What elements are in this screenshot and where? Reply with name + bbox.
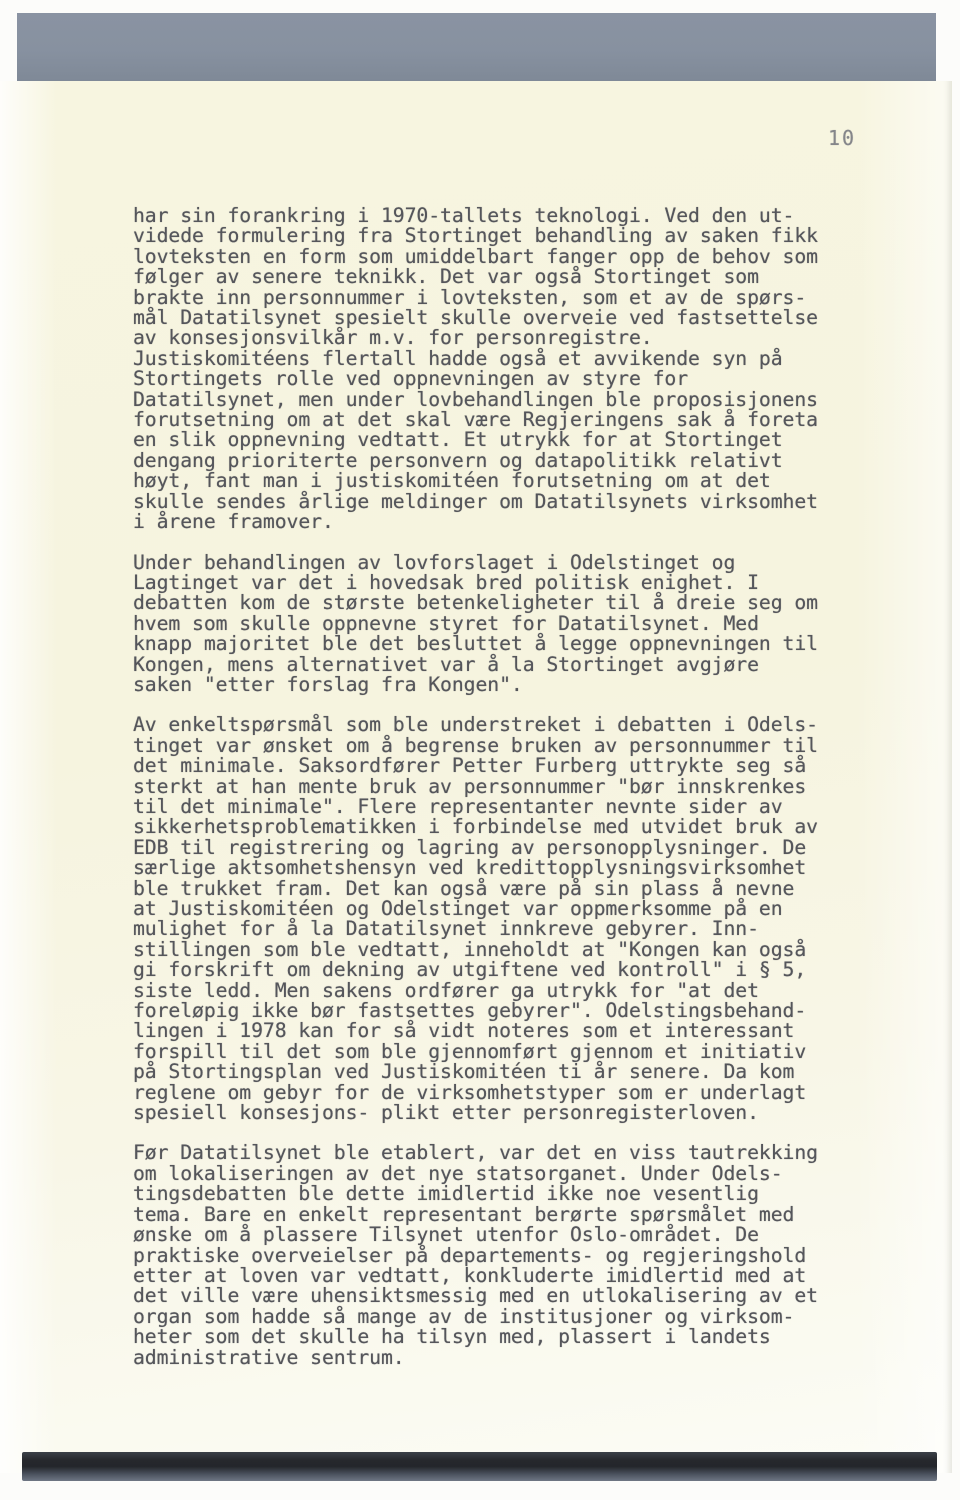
top-scan-bar bbox=[17, 13, 936, 81]
document-text: har sin forankring i 1970-tallets teknol… bbox=[133, 206, 881, 1388]
paragraph-4: Før Datatilsynet ble etablert, var det e… bbox=[133, 1143, 881, 1367]
paragraph-3: Av enkeltspørsmål som ble understreket i… bbox=[133, 715, 881, 1123]
page-number: 10 bbox=[828, 126, 856, 150]
scanned-document-page: 10 har sin forankring i 1970-tallets tek… bbox=[0, 0, 960, 1500]
paragraph-1: har sin forankring i 1970-tallets teknol… bbox=[133, 206, 881, 533]
paragraph-2: Under behandlingen av lovforslaget i Ode… bbox=[133, 553, 881, 696]
bottom-scan-bar bbox=[22, 1452, 937, 1481]
